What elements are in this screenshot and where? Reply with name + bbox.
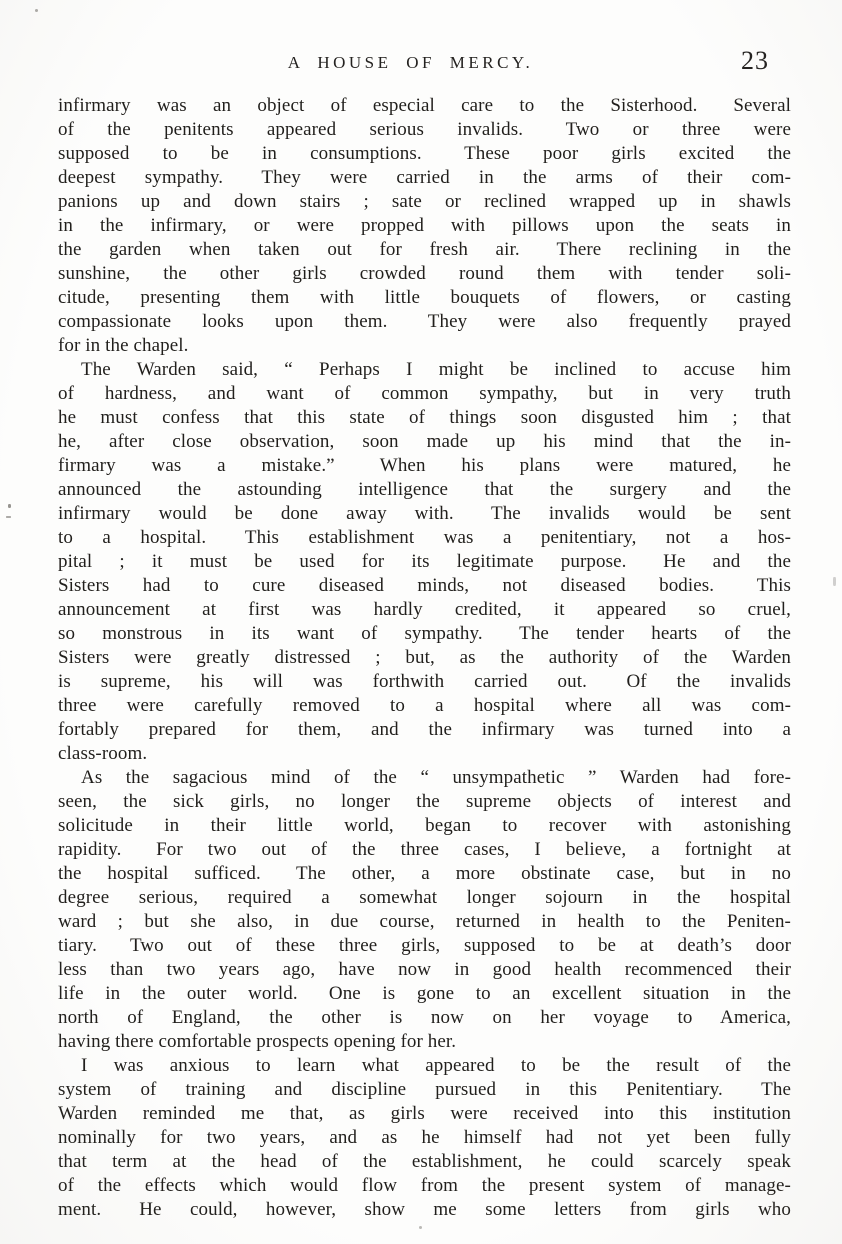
paragraph: infirmary was an object of especial care… (58, 94, 791, 358)
text-line: less than two years ago, have now in goo… (58, 958, 791, 982)
text-body: infirmary was an object of especial care… (58, 94, 791, 1222)
text-line: announcement at first was hardly credite… (58, 598, 791, 622)
text-line: of the penitents appeared serious invali… (58, 118, 791, 142)
text-line: panions up and down stairs ; sate or rec… (58, 190, 791, 214)
text-line: pital ; it must be used for its legitima… (58, 550, 791, 574)
text-line: As the sagacious mind of the “ unsympath… (58, 766, 791, 790)
text-line: ment. He could, however, show me some le… (58, 1198, 791, 1222)
scan-speck (35, 9, 38, 12)
text-line: is supreme, his will was forthwith carri… (58, 670, 791, 694)
paragraph: The Warden said, “ Perhaps I might be in… (58, 358, 791, 766)
text-line: solicitude in their little world, began … (58, 814, 791, 838)
text-line: citude, presenting them with little bouq… (58, 286, 791, 310)
text-line: north of England, the other is now on he… (58, 1006, 791, 1030)
paragraph: I was anxious to learn what appeared to … (58, 1054, 791, 1222)
text-line: that term at the head of the establishme… (58, 1150, 791, 1174)
paragraph: As the sagacious mind of the “ unsympath… (58, 766, 791, 1054)
text-line: sunshine, the other girls crowded round … (58, 262, 791, 286)
text-line: having there comfortable prospects openi… (58, 1030, 791, 1054)
text-line: system of training and discipline pursue… (58, 1078, 791, 1102)
scan-speck (6, 516, 11, 518)
text-line: class-room. (58, 742, 791, 766)
text-line: fortably prepared for them, and the infi… (58, 718, 791, 742)
book-page: A HOUSE OF MERCY. 23 infirmary was an ob… (0, 0, 842, 1244)
page-number: 23 (741, 46, 769, 76)
text-line: supposed to be in consumptions. These po… (58, 142, 791, 166)
text-line: deepest sympathy. They were carried in t… (58, 166, 791, 190)
text-line: firmary was a mistake.” When his plans w… (58, 454, 791, 478)
text-line: announced the astounding intelligence th… (58, 478, 791, 502)
text-line: I was anxious to learn what appeared to … (58, 1054, 791, 1078)
scan-speck (419, 1226, 422, 1229)
text-line: Sisters had to cure diseased minds, not … (58, 574, 791, 598)
text-line: degree serious, required a somewhat long… (58, 886, 791, 910)
text-line: life in the outer world. One is gone to … (58, 982, 791, 1006)
text-line: three were carefully removed to a hospit… (58, 694, 791, 718)
text-line: the garden when taken out for fresh air.… (58, 238, 791, 262)
text-line: nominally for two years, and as he himse… (58, 1126, 791, 1150)
text-line: The Warden said, “ Perhaps I might be in… (58, 358, 791, 382)
text-line: infirmary was an object of especial care… (58, 94, 791, 118)
text-line: the hospital sufficed. The other, a more… (58, 862, 791, 886)
running-header: A HOUSE OF MERCY. 23 (58, 46, 791, 78)
text-line: so monstrous in its want of sympathy. Th… (58, 622, 791, 646)
text-line: compassionate looks upon them. They were… (58, 310, 791, 334)
text-line: rapidity. For two out of the three cases… (58, 838, 791, 862)
text-line: to a hospital. This establishment was a … (58, 526, 791, 550)
text-line: in the infirmary, or were propped with p… (58, 214, 791, 238)
text-line: tiary. Two out of these three girls, sup… (58, 934, 791, 958)
page-title: A HOUSE OF MERCY. (288, 53, 534, 73)
text-line: of hardness, and want of common sympathy… (58, 382, 791, 406)
scan-speck (833, 577, 836, 586)
text-line: for in the chapel. (58, 334, 791, 358)
text-line: Sisters were greatly distressed ; but, a… (58, 646, 791, 670)
text-line: he must confess that this state of thing… (58, 406, 791, 430)
text-line: of the effects which would flow from the… (58, 1174, 791, 1198)
text-line: ward ; but she also, in due course, retu… (58, 910, 791, 934)
text-line: he, after close observation, soon made u… (58, 430, 791, 454)
text-line: seen, the sick girls, no longer the supr… (58, 790, 791, 814)
scan-speck (8, 504, 11, 508)
text-line: Warden reminded me that, as girls were r… (58, 1102, 791, 1126)
text-line: infirmary would be done away with. The i… (58, 502, 791, 526)
